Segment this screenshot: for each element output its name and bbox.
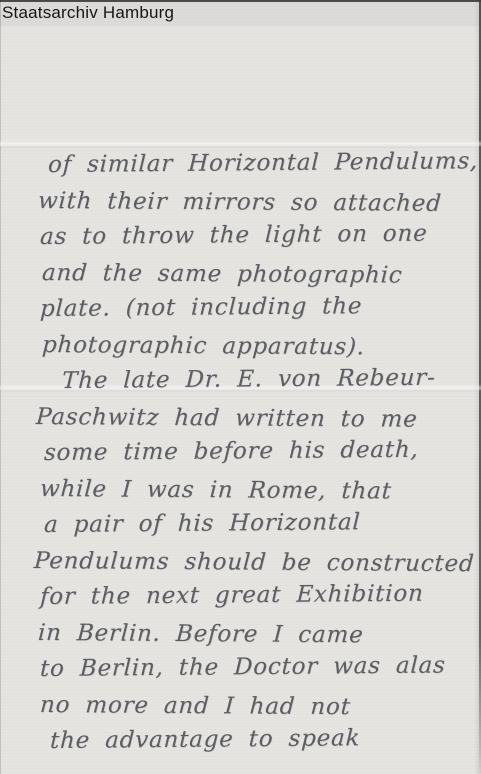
handwritten-line: plate. (not including the: [39, 291, 363, 324]
scanned-letter-page: Staatsarchiv Hamburg of similar Horizont…: [0, 0, 481, 774]
handwritten-line: of similar Horizontal Pendulums,: [47, 146, 478, 180]
handwritten-line: photographic apparatus).: [41, 330, 366, 362]
handwritten-line: to Berlin, the Doctor was alas: [39, 650, 446, 684]
handwritten-line: for the next great Exhibition: [39, 579, 424, 612]
handwritten-line: in Berlin. Before I came: [37, 618, 364, 650]
handwritten-line: while I was in Rome, that: [39, 474, 393, 506]
handwritten-line: some time before his death,: [43, 435, 419, 468]
handwritten-line: and the same photographic: [41, 258, 403, 291]
handwritten-line: The late Dr. E. von Rebeur-: [61, 363, 436, 396]
handwritten-letter-body: of similar Horizontal Pendulums, with th…: [0, 0, 481, 774]
handwritten-line: Pendulums should be constructed: [33, 546, 475, 579]
handwritten-line: a pair of his Horizontal: [43, 507, 361, 540]
handwritten-line: as to throw the light on one: [39, 219, 428, 252]
handwritten-line: the advantage to speak: [49, 723, 361, 756]
handwritten-line: with their mirrors so attached: [37, 186, 443, 219]
handwritten-line: Paschwitz had written to me: [35, 402, 418, 435]
handwritten-line: no more and I had not: [39, 690, 352, 722]
